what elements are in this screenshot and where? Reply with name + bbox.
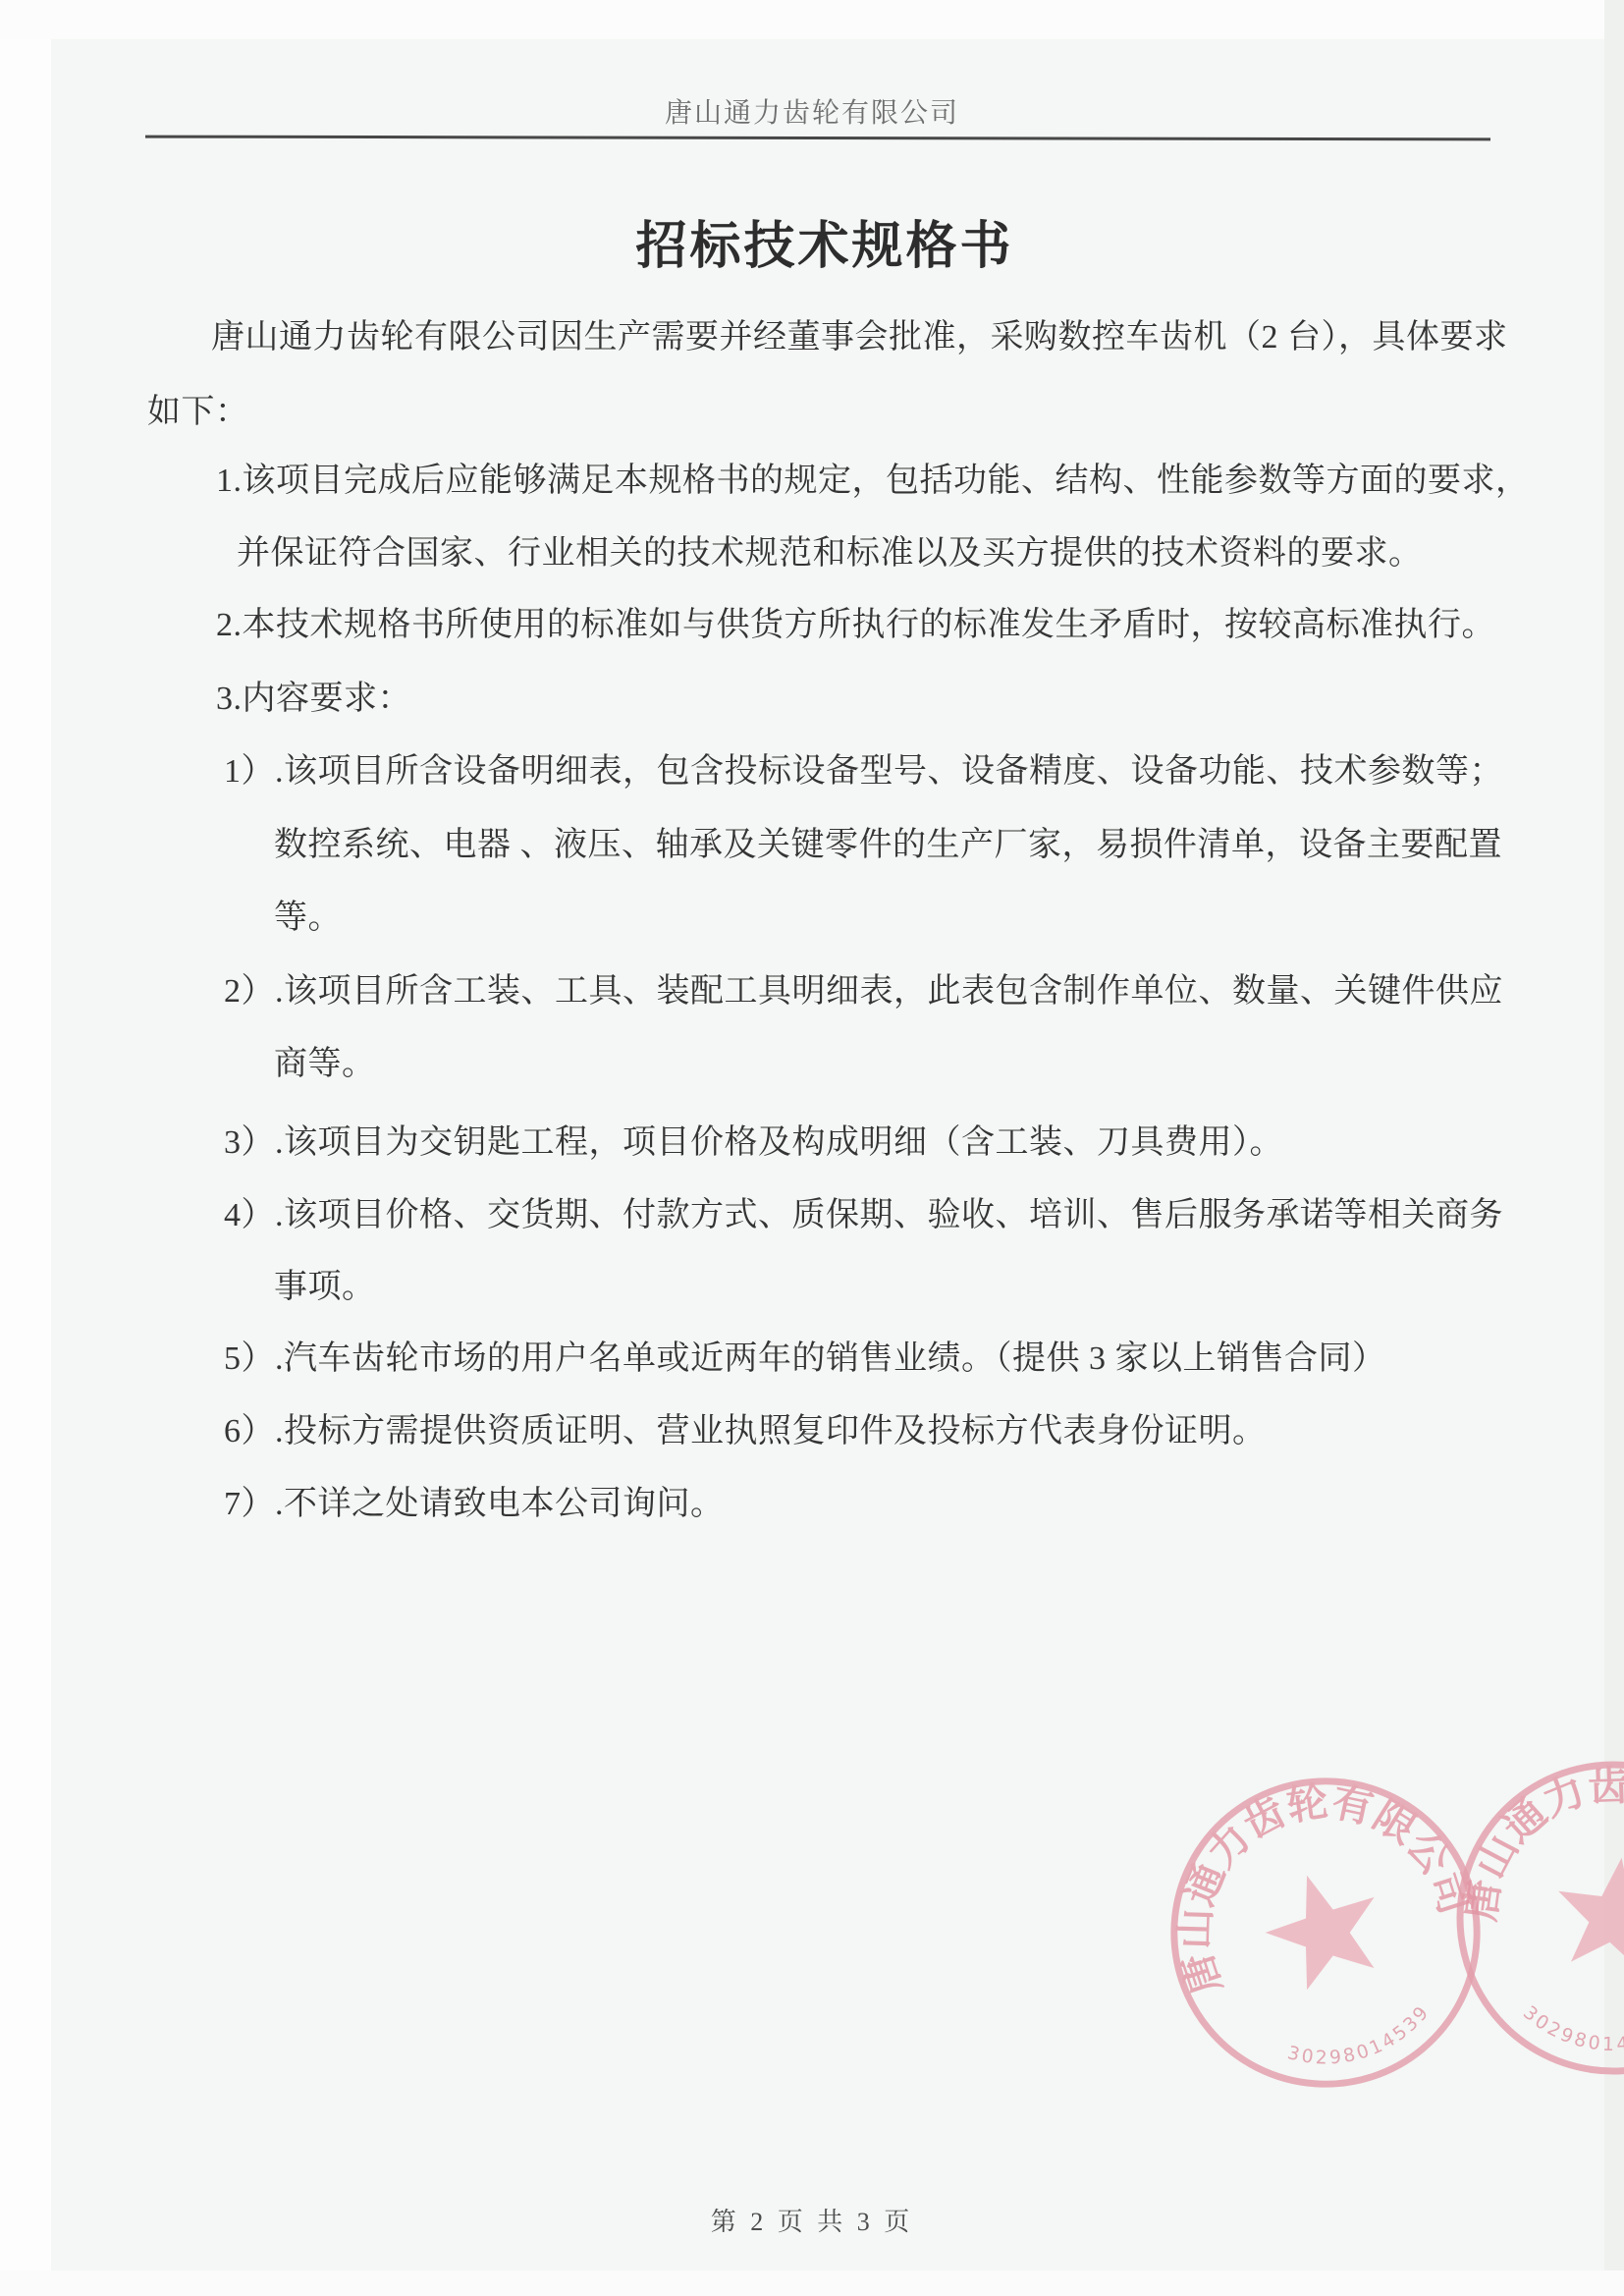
company-seal-stamp-right: 唐山通力齿轮有限公司 1302980145391 — [1446, 1751, 1624, 2085]
body-line-intro: 唐山通力齿轮有限公司因生产需要并经董事会批准，采购数控车齿机（2 台），具体要求 — [211, 314, 1508, 361]
body-line-intro-cont: 如下： — [147, 389, 249, 436]
body-line-sub4: 4）.该项目价格、交货期、付款方式、质保期、验收、培训、售后服务承诺等相关商务 — [224, 1192, 1503, 1239]
body-line-item1-cont: 并保证符合国家、行业相关的技术规范和标准以及买方提供的技术资料的要求。 — [237, 530, 1423, 577]
header-rule — [145, 136, 1490, 141]
star-icon — [1253, 1858, 1395, 1996]
body-line-item2: 2.本技术规格书所使用的标准如与供货方所执行的标准发生矛盾时，按较高标准执行。 — [216, 602, 1495, 649]
company-seal-stamp-left: 唐山通力齿轮有限公司 1302980145391 — [1161, 1768, 1490, 2098]
body-line-sub1-end: 等。 — [274, 895, 342, 942]
scanned-document-page: 唐山通力齿轮有限公司 招标技术规格书 唐山通力齿轮有限公司因生产需要并经董事会批… — [0, 0, 1624, 2296]
body-line-sub1: 1）.该项目所含设备明细表，包含投标设备型号、设备精度、设备功能、技术参数等； — [224, 748, 1503, 795]
header-company-name: 唐山通力齿轮有限公司 — [0, 96, 1624, 132]
body-line-item1: 1.该项目完成后应能够满足本规格书的规定，包括功能、结构、性能参数等方面的要求， — [216, 458, 1530, 505]
body-line-sub2: 2）.该项目所含工装、工具、装配工具明细表，此表包含制作单位、数量、关键件供应 — [224, 968, 1503, 1015]
body-line-sub1-cont: 数控系统、电器 、液压、轴承及关键零件的生产厂家，易损件清单，设备主要配置 — [274, 822, 1502, 869]
body-line-sub3: 3）.该项目为交钥匙工程，项目价格及构成明细（含工装、刀具费用）。 — [224, 1120, 1283, 1167]
star-icon — [1549, 1849, 1624, 1975]
scan-edge-left — [0, 0, 51, 2296]
scan-edge-top — [0, 0, 1624, 39]
body-line-item3: 3.内容要求： — [216, 676, 411, 723]
body-line-sub5: 5）.汽车齿轮市场的用户名单或近两年的销售业绩。（提供 3 家以上销售合同） — [224, 1336, 1386, 1383]
body-line-sub6: 6）.投标方需提供资质证明、营业执照复印件及投标方代表身份证明。 — [224, 1408, 1267, 1455]
body-line-sub4-end: 事项。 — [274, 1264, 376, 1311]
body-line-sub7: 7）.不详之处请致电本公司询问。 — [224, 1481, 725, 1528]
page-number: 第 2 页 共 3 页 — [0, 2202, 1624, 2238]
body-line-sub2-end: 商等。 — [274, 1041, 376, 1088]
scan-edge-bottom — [0, 2270, 1624, 2296]
document-title: 招标技术规格书 — [0, 214, 1624, 281]
